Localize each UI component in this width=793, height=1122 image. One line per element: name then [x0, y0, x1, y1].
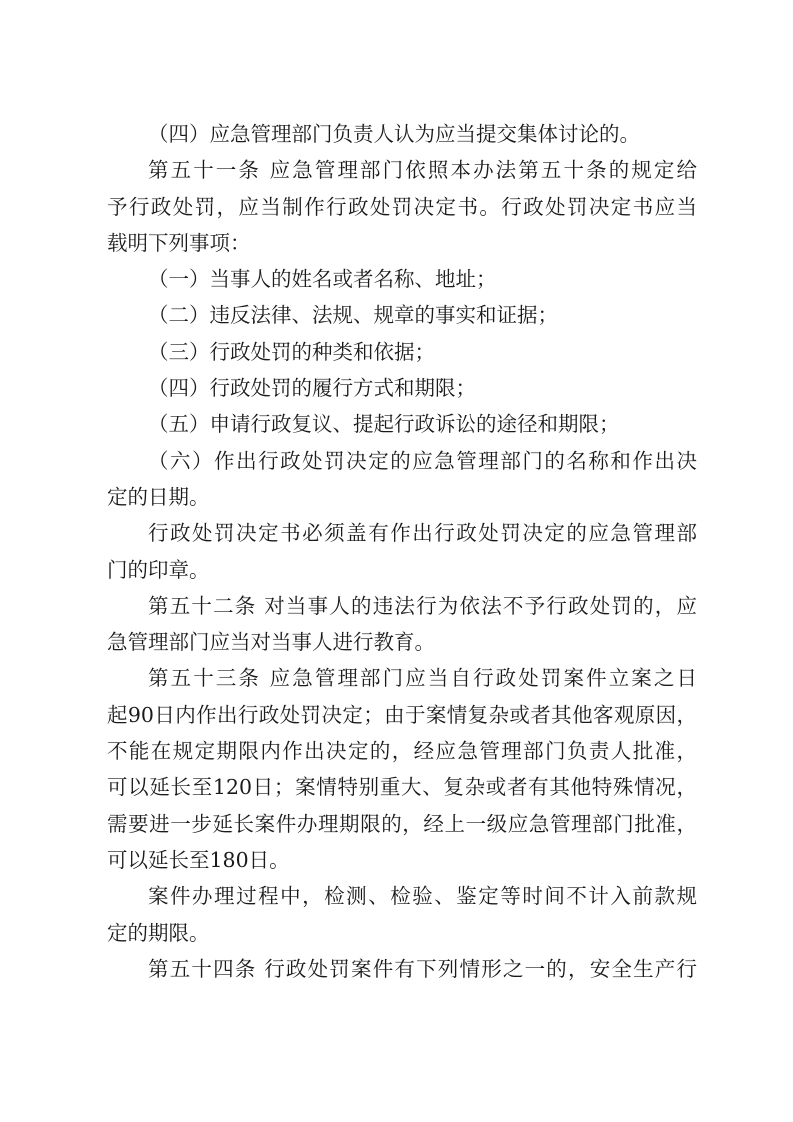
article-51: 第五十一条 应急管理部门依照本办法第五十条的规定给 予行政处罚，应当制作行政处罚…: [107, 152, 697, 261]
text-line: 起90日内作出行政处罚决定；由于案情复杂或者其他客观原因，: [107, 697, 697, 733]
exclusion-paragraph: 案件办理过程中，检测、检验、鉴定等时间不计入前款规 定的期限。: [107, 878, 697, 951]
text-line: （三）行政处罚的种类和依据；: [107, 334, 697, 370]
text-line: 载明下列事项：: [107, 225, 697, 261]
text-line: 案件办理过程中，检测、检验、鉴定等时间不计入前款规: [107, 878, 697, 914]
text-line: 需要进一步延长案件办理期限的，经上一级应急管理部门批准，: [107, 806, 697, 842]
text-line: 定的期限。: [107, 915, 697, 951]
text-line: （二）违反法律、法规、规章的事实和证据；: [107, 297, 697, 333]
text-line: 予行政处罚，应当制作行政处罚决定书。行政处罚决定书应当: [107, 189, 697, 225]
list-item-1: （一）当事人的姓名或者名称、地址；: [107, 261, 697, 297]
list-item-6: （六）作出行政处罚决定的应急管理部门的名称和作出决 定的日期。: [107, 443, 697, 516]
article-54: 第五十四条 行政处罚案件有下列情形之一的，安全生产行: [107, 951, 697, 987]
text-line: 定的日期。: [107, 479, 697, 515]
list-item-4: （四）行政处罚的履行方式和期限；: [107, 370, 697, 406]
list-item-2: （二）违反法律、法规、规章的事实和证据；: [107, 297, 697, 333]
text-line: （一）当事人的姓名或者名称、地址；: [107, 261, 697, 297]
text-line: 第五十二条 对当事人的违法行为依法不予行政处罚的，应: [107, 588, 697, 624]
article-52: 第五十二条 对当事人的违法行为依法不予行政处罚的，应 急管理部门应当对当事人进行…: [107, 588, 697, 661]
text-line: 第五十三条 应急管理部门应当自行政处罚案件立案之日: [107, 660, 697, 696]
paragraph-item-4: （四）应急管理部门负责人认为应当提交集体讨论的。: [107, 116, 697, 152]
text-line: 行政处罚决定书必须盖有作出行政处罚决定的应急管理部: [107, 515, 697, 551]
text-line: 第五十四条 行政处罚案件有下列情形之一的，安全生产行: [107, 951, 697, 987]
text-line: 不能在规定期限内作出决定的，经应急管理部门负责人批准，: [107, 733, 697, 769]
text-line: （六）作出行政处罚决定的应急管理部门的名称和作出决: [107, 443, 697, 479]
document-page: （四）应急管理部门负责人认为应当提交集体讨论的。 第五十一条 应急管理部门依照本…: [107, 116, 697, 987]
seal-paragraph: 行政处罚决定书必须盖有作出行政处罚决定的应急管理部 门的印章。: [107, 515, 697, 588]
list-item-5: （五）申请行政复议、提起行政诉讼的途径和期限；: [107, 406, 697, 442]
text-line: 第五十一条 应急管理部门依照本办法第五十条的规定给: [107, 152, 697, 188]
text-line: （四）应急管理部门负责人认为应当提交集体讨论的。: [107, 116, 697, 152]
text-line: （四）行政处罚的履行方式和期限；: [107, 370, 697, 406]
text-line: （五）申请行政复议、提起行政诉讼的途径和期限；: [107, 406, 697, 442]
text-line: 可以延长至180日。: [107, 842, 697, 878]
text-line: 门的印章。: [107, 552, 697, 588]
text-line: 急管理部门应当对当事人进行教育。: [107, 624, 697, 660]
article-53: 第五十三条 应急管理部门应当自行政处罚案件立案之日 起90日内作出行政处罚决定；…: [107, 660, 697, 878]
list-item-3: （三）行政处罚的种类和依据；: [107, 334, 697, 370]
text-line: 可以延长至120日；案情特别重大、复杂或者有其他特殊情况，: [107, 769, 697, 805]
